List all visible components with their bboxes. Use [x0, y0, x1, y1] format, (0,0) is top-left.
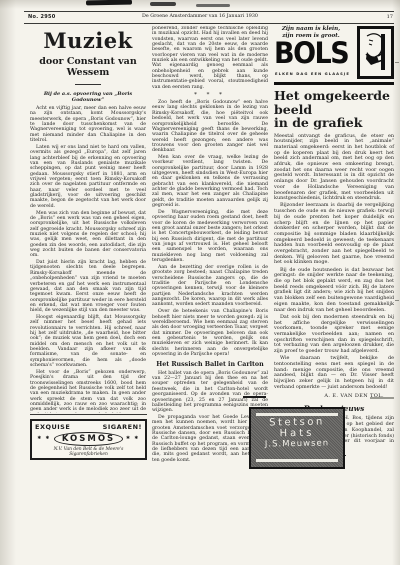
kosmos-ad-word-left: EXQUISE: [35, 423, 70, 431]
scan-artifact: [196, 4, 230, 7]
scan-artifact: [395, 62, 399, 63]
scan-artifact: [150, 2, 176, 6]
paragraph: Bij de oude houtsneden is dat bezwaar he…: [274, 268, 394, 314]
header-rule-bottom: [24, 23, 394, 24]
page-number: 17: [387, 14, 393, 20]
subheading-russisch-ballet: Het Russisch Ballet in Carlton: [152, 361, 268, 368]
paragraph: Wie daaraan twijfelt, bekijke de tentoon…: [274, 356, 394, 390]
bols-tagline: ELKEN DAG EEN GLAASJE: [275, 72, 350, 76]
paragraph: De Wagnervereeniging, die met deze opvoe…: [152, 210, 268, 263]
masthead: De Groene Amsterdammer van 16 Januari 19…: [100, 14, 300, 19]
paragraph: Men was zich van den beginne af bewust, …: [30, 211, 146, 259]
ad-border-bar: [256, 459, 338, 462]
kosmos-ad-brand-row: ✱ ✱ KOSMOS ✱ ✱: [35, 432, 142, 446]
paragraph: Het voor de „Boris” gekozen onderwerp, P…: [30, 370, 146, 413]
star-icons: ✱ ✱: [37, 436, 50, 441]
issue-number: No. 2950: [28, 14, 56, 20]
paragraph: Acht en vijftig jaar, meer dan een halve…: [30, 106, 146, 143]
stetson-hats-ad: Stetson Hats J.S.Meuwsen: [249, 407, 345, 469]
star-icons: ✱ ✱: [126, 436, 139, 441]
kosmos-brand: KOSMOS: [54, 432, 123, 446]
section-separator: * * *: [152, 92, 268, 98]
newspaper-page: No. 2950 De Groene Amsterdammer van 16 J…: [0, 0, 400, 565]
article-byline: door Constant van Wessem: [30, 56, 146, 78]
paragraph: poneerend, zonder eenige technische ople…: [152, 26, 268, 90]
paragraph: Men kan over de vraag, welke lezing de v…: [152, 155, 268, 208]
grafiek-headline-line1: Het omgekeerde beeld: [274, 89, 394, 116]
article-lede: Bij de a.s. opvoering van „Boris Godouno…: [30, 91, 146, 103]
bols-slogan-line1: Zijn naam is klein,: [274, 26, 348, 33]
scan-artifact: [86, 0, 132, 5]
author-signature: A. E. VAN DEN TOL.: [274, 393, 384, 399]
header-rule-top: [24, 11, 394, 12]
paragraph: Bijzonder leerzaam is daarbij de vergeli…: [274, 203, 394, 266]
paragraph: Laten wij er ons land niet te hard om va…: [30, 145, 146, 209]
paragraph: Dat ook bij den modernen steendruk en bi…: [274, 315, 394, 355]
scan-artifact: [395, 300, 399, 301]
kosmos-ad-header: EXQUISE SIGAREN!: [35, 423, 142, 431]
kosmos-ad-footer: N.V. Van den Belt & de Meere's Sigarenfa…: [35, 447, 142, 457]
bols-brand: BOLS: [274, 39, 348, 69]
kosmos-cigar-ad: EXQUISE SIGAREN! ✱ ✱ KOSMOS ✱ ✱ N.V. Van…: [30, 419, 147, 460]
bols-ad: Zijn naam is klein, zijn roem is groot. …: [274, 26, 394, 85]
paragraph: Zoo heeft de „Boris Godounow” een halve …: [152, 100, 268, 153]
article-title: Muziek: [30, 28, 146, 53]
grafiek-headline-line2: in de grafiek: [274, 116, 394, 130]
column-bottom-rule: [30, 414, 147, 415]
paragraph: Dat juist hierin zijn kracht lag, hebben…: [30, 260, 146, 313]
grafiek-headline: Het omgekeerde beeld in de grafiek: [274, 89, 394, 130]
kosmos-ad-word-right: SIGAREN!: [103, 423, 142, 431]
column-middle: poneerend, zonder eenige technische ople…: [152, 26, 268, 464]
column-left: Muziek door Constant van Wessem Bij de a…: [30, 27, 146, 413]
paragraph: Aan de bezetting der overige rollen is d…: [152, 265, 268, 308]
paragraph: Hoogst eigenaardig blijft, dat Moussorgs…: [30, 315, 146, 368]
column-right: Zijn naam is klein, zijn roem is groot. …: [274, 26, 394, 456]
stetson-ad-line3: J.S.Meuwsen: [251, 438, 343, 450]
paragraph: Over de beteekenis van Chaliapine's Bori…: [152, 309, 268, 357]
paragraph: Meestal ontvangt de graficus, de etser e…: [274, 134, 394, 202]
divider-rule: [75, 84, 101, 85]
bols-drinker-illustration: [357, 26, 394, 79]
